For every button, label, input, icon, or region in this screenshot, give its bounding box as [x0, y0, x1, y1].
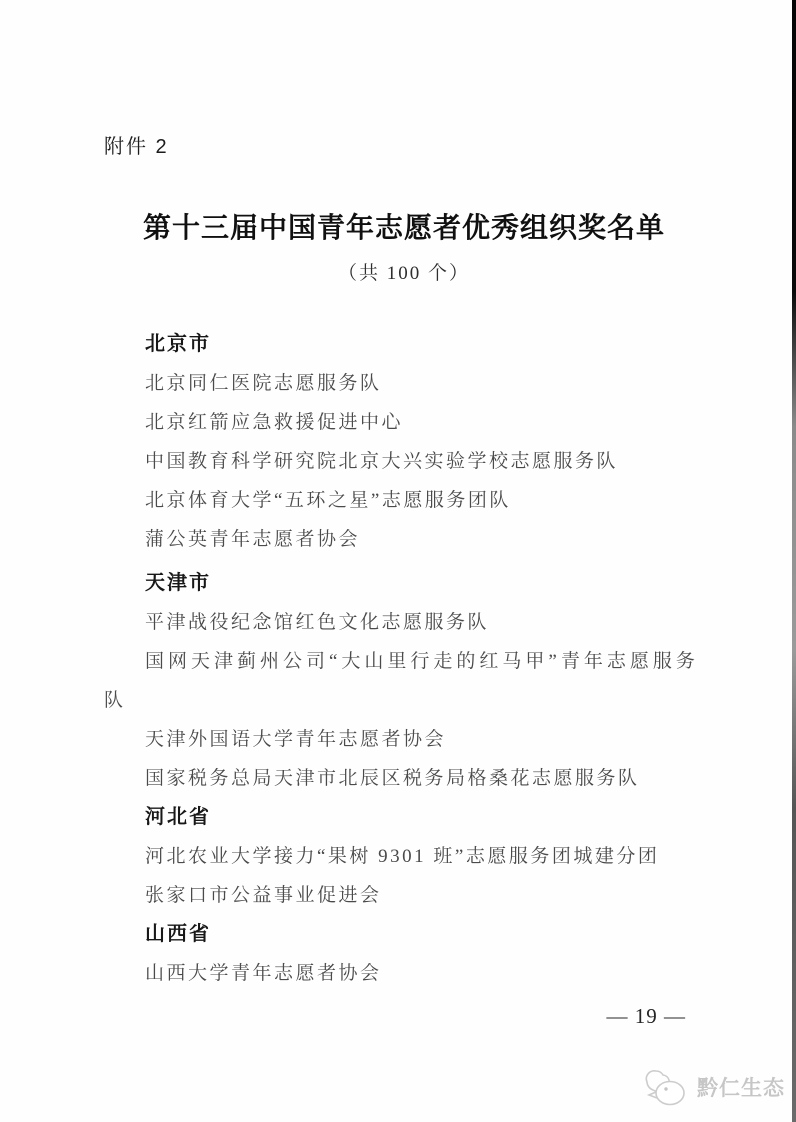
- scan-edge-artifact: [792, 0, 796, 1122]
- section-hebei: 河北省 河北农业大学接力“果树 9301 班”志愿服务团城建分团 张家口市公益事…: [104, 798, 708, 915]
- org-list-item: 张家口市公益事业促进会: [104, 876, 708, 915]
- org-list-item: 平津战役纪念馆红色文化志愿服务队: [104, 603, 708, 642]
- bird-logo-icon: [642, 1066, 690, 1108]
- section-heading: 北京市: [104, 325, 708, 364]
- attachment-label: 附件 2: [104, 130, 169, 159]
- org-list-item: 国网天津蓟州公司“大山里行走的红马甲”青年志愿服务队: [104, 642, 708, 720]
- org-list-item: 天津外国语大学青年志愿者协会: [104, 720, 708, 759]
- org-list-item: 河北农业大学接力“果树 9301 班”志愿服务团城建分团: [104, 837, 708, 876]
- document-subtitle: （共 100 个）: [96, 258, 712, 285]
- org-list-item: 蒲公英青年志愿者协会: [104, 520, 708, 559]
- org-list-item: 山西大学青年志愿者协会: [104, 954, 708, 993]
- award-list: 北京市 北京同仁医院志愿服务队 北京红箭应急救援促进中心 中国教育科学研究院北京…: [104, 325, 708, 993]
- watermark-text: 黔仁生态: [697, 1072, 785, 1102]
- org-list-item: 北京体育大学“五环之星”志愿服务团队: [104, 481, 708, 520]
- org-list-item: 北京红箭应急救援促进中心: [104, 403, 708, 442]
- org-list-item: 中国教育科学研究院北京大兴实验学校志愿服务队: [104, 442, 708, 481]
- org-list-item: 北京同仁医院志愿服务队: [104, 364, 708, 403]
- section-heading: 河北省: [104, 798, 708, 837]
- section-shanxi: 山西省 山西大学青年志愿者协会: [104, 915, 708, 993]
- scanned-document-page: 附件 2 第十三届中国青年志愿者优秀组织奖名单 （共 100 个） 北京市 北京…: [0, 0, 796, 1122]
- org-list-item: 国家税务总局天津市北辰区税务局格桑花志愿服务队: [104, 759, 708, 798]
- section-beijing: 北京市 北京同仁医院志愿服务队 北京红箭应急救援促进中心 中国教育科学研究院北京…: [104, 325, 708, 559]
- watermark: 黔仁生态: [642, 1066, 785, 1108]
- document-title: 第十三届中国青年志愿者优秀组织奖名单: [96, 206, 712, 246]
- page-number: — 19 —: [607, 1004, 687, 1029]
- section-heading: 天津市: [104, 564, 708, 603]
- section-heading: 山西省: [104, 915, 708, 954]
- section-tianjin: 天津市 平津战役纪念馆红色文化志愿服务队 国网天津蓟州公司“大山里行走的红马甲”…: [104, 564, 708, 798]
